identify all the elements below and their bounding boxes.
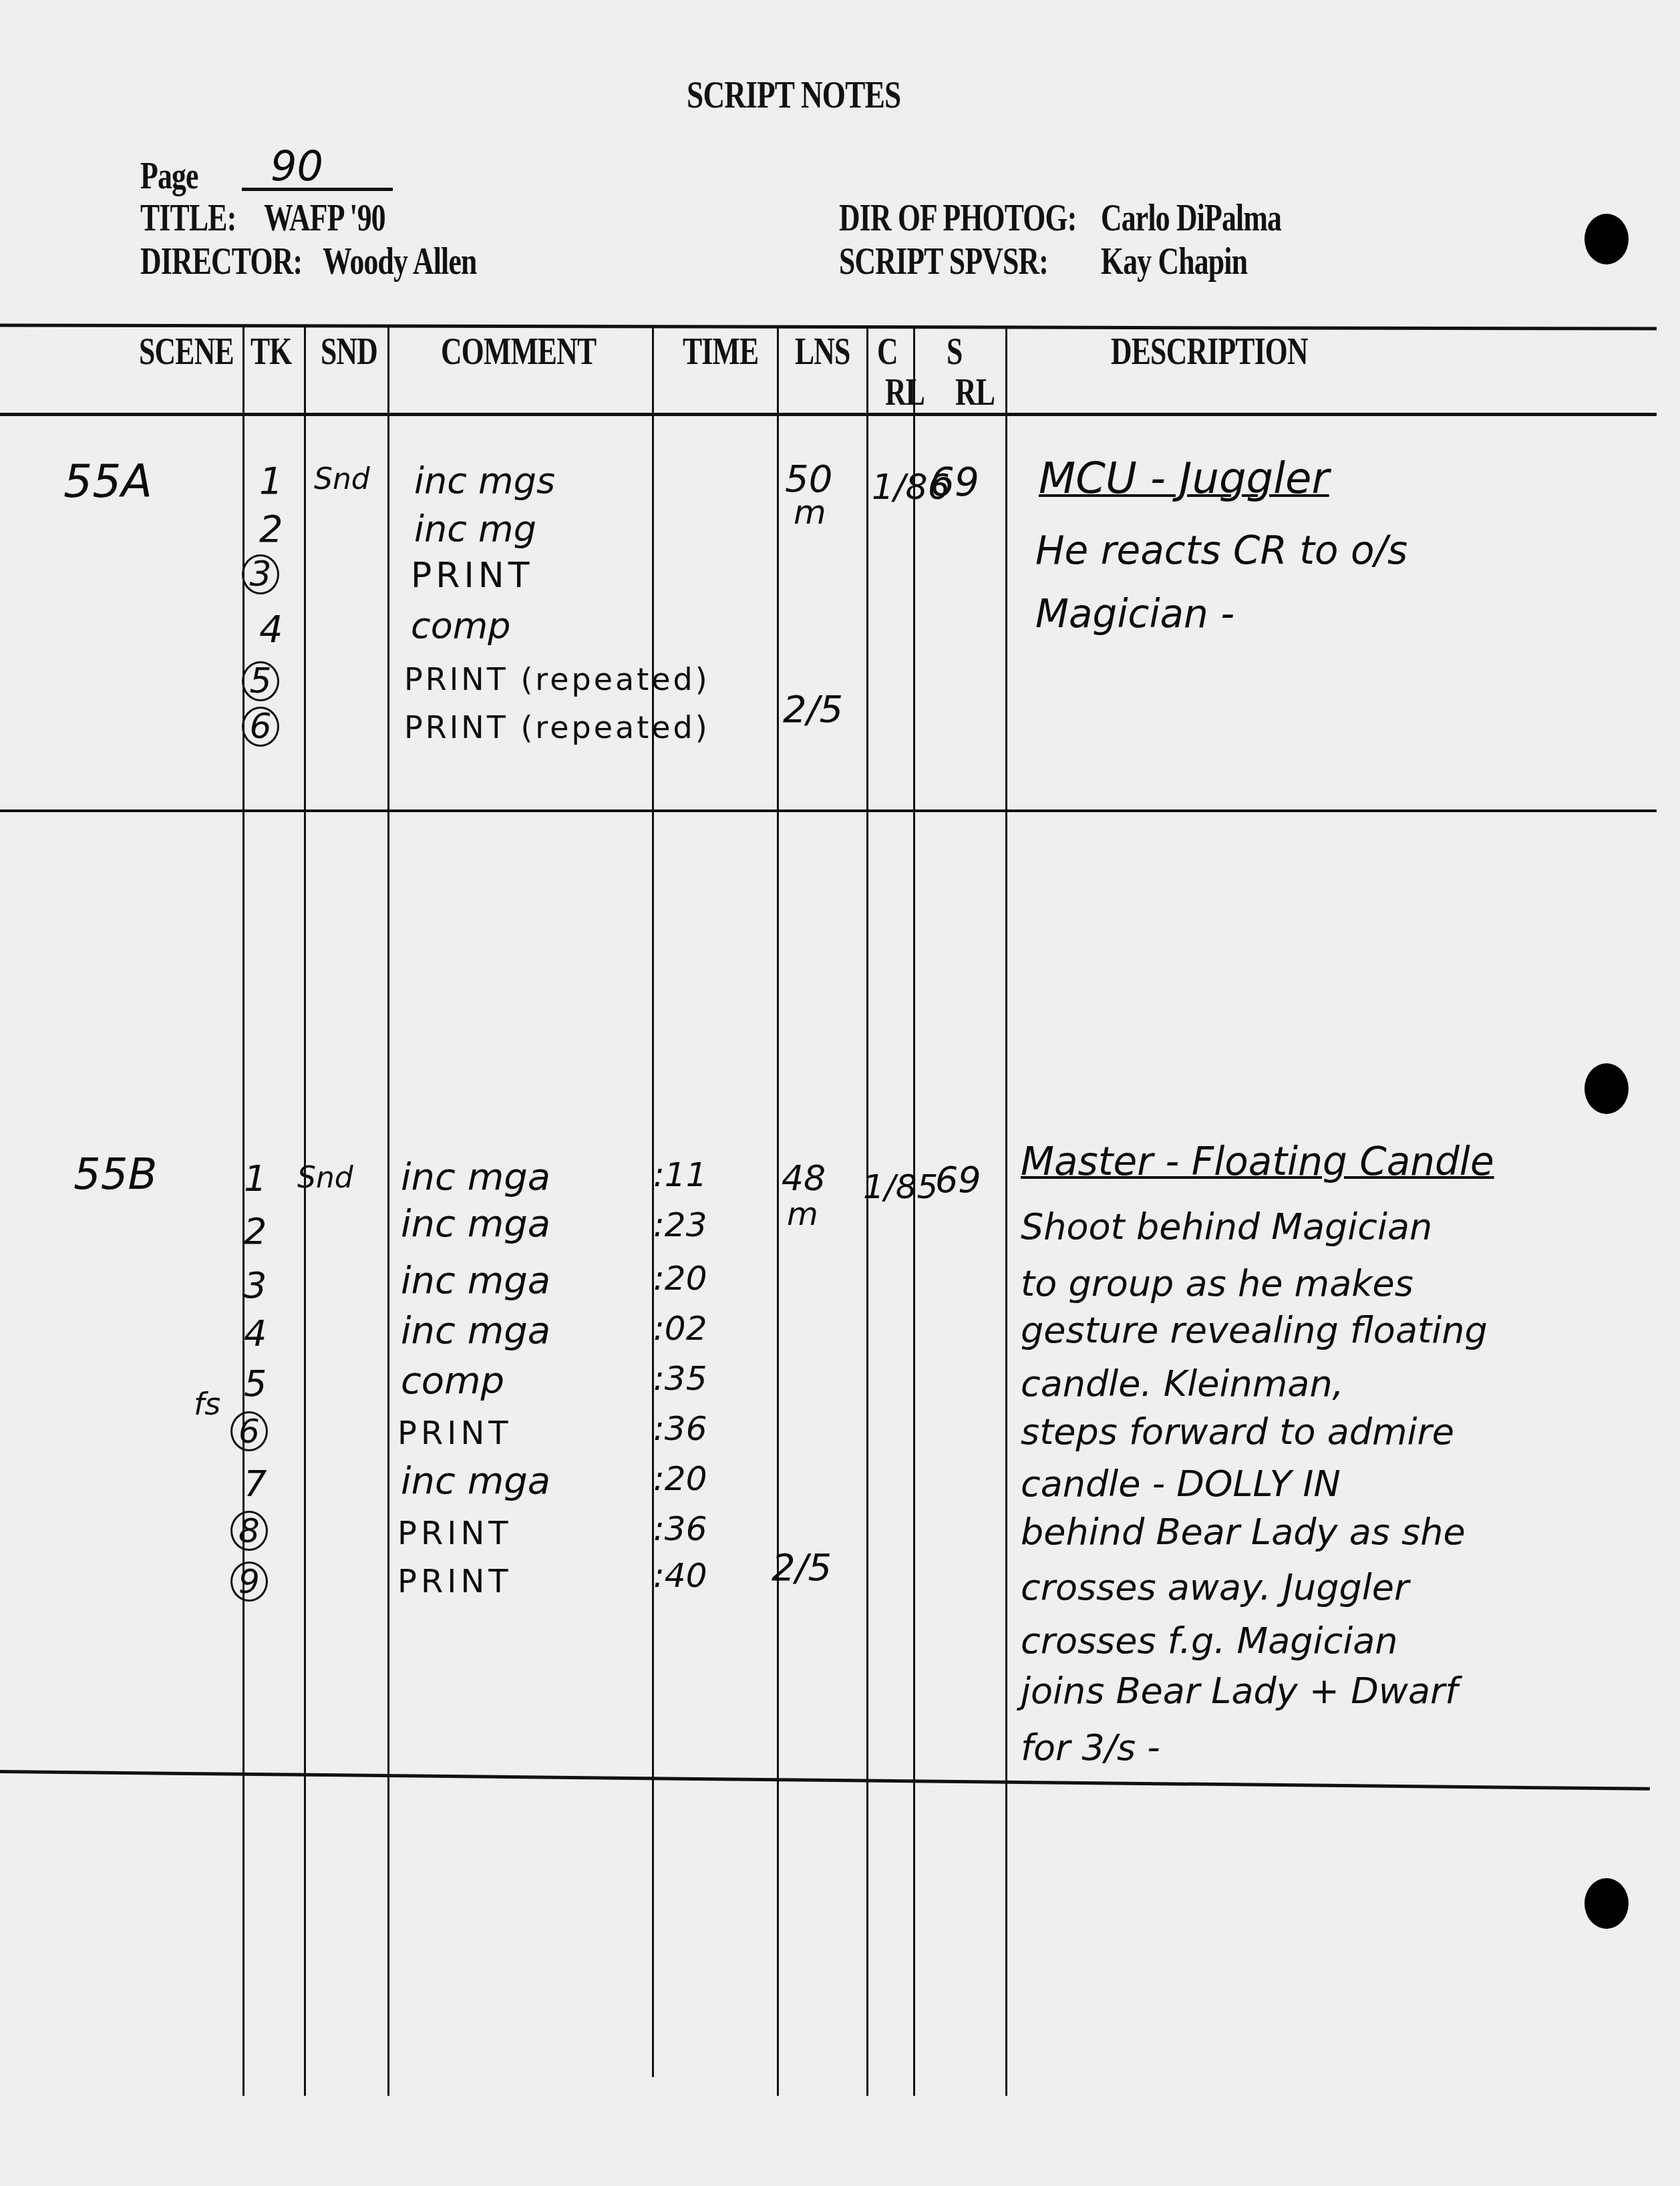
take-comment: inc mga	[401, 1259, 550, 1302]
take-number-circled: 3	[242, 554, 279, 594]
lines-fraction: 2/5	[772, 1546, 832, 1590]
column-divider-tk-snd	[304, 327, 306, 2096]
column-divider-comment-time	[652, 327, 654, 2077]
take-number: 7	[244, 1463, 267, 1505]
description-line: steps forward to admire	[1021, 1411, 1454, 1453]
lines-unit: m	[794, 493, 826, 532]
take-number-circled: 8	[230, 1511, 268, 1551]
column-divider-snd-comment	[387, 327, 389, 2096]
take-comment: inc mga	[401, 1202, 550, 1246]
take-number: 2	[244, 1210, 267, 1252]
description-line: crosses f.g. Magician	[1021, 1620, 1398, 1662]
take-time: :02	[653, 1309, 707, 1348]
take-number-circled: 9	[230, 1562, 268, 1602]
column-divider-srl-description	[1005, 327, 1007, 2096]
take-comment: inc mga	[401, 1309, 550, 1352]
take-comment-print: PRINT	[397, 1563, 512, 1600]
take-comment: inc mga	[401, 1459, 550, 1503]
take-comment-print: PRINT	[397, 1415, 512, 1452]
description-line: Shoot behind Magician	[1021, 1206, 1432, 1248]
description-heading: MCU - Juggler	[1039, 454, 1329, 504]
dop-label: DIR OF PHOTOG:	[839, 197, 1077, 240]
take-comment: comp	[411, 604, 511, 647]
description-line: Magician -	[1035, 591, 1234, 636]
column-header-tk: TK	[250, 331, 292, 373]
scene-55b-bottom-rule	[0, 1770, 1650, 1791]
take-comment-print: PRINT	[411, 556, 534, 596]
lines-count: 48	[782, 1159, 826, 1199]
take-number: 1	[244, 1157, 267, 1200]
description-line: to group as he makes	[1021, 1262, 1413, 1304]
page-number-value: 90	[271, 142, 323, 190]
scene-number: 55A	[63, 456, 152, 508]
column-header-lns: LNS	[795, 331, 850, 373]
header-bottom-rule	[0, 413, 1657, 416]
description-line: for 3/s -	[1021, 1726, 1160, 1769]
take-comment-print: PRINT (repeated)	[404, 661, 710, 697]
scene-number: 55B	[73, 1150, 157, 1200]
description-line: joins Bear Lady + Dwarf	[1021, 1670, 1458, 1712]
camera-roll: 1/85	[863, 1167, 938, 1206]
margin-note: fs	[194, 1386, 220, 1422]
take-comment-print: PRINT (repeated)	[404, 709, 710, 745]
page-label: Page	[140, 155, 198, 198]
supervisor-label: SCRIPT SPVSR:	[839, 240, 1048, 283]
sound-status: Snd	[297, 1161, 353, 1195]
column-header-scene: SCENE	[139, 331, 234, 373]
take-number: 4	[259, 608, 283, 651]
take-time: :20	[653, 1459, 707, 1498]
column-header-snd: SND	[321, 331, 377, 373]
take-time: :23	[653, 1206, 707, 1244]
take-comment: inc mga	[401, 1155, 550, 1199]
description-line: He reacts CR to o/s	[1035, 528, 1407, 573]
binder-hole-bottom	[1584, 1878, 1629, 1929]
column-divider-time-lns	[777, 327, 779, 2096]
take-comment: comp	[401, 1359, 504, 1403]
title-value: WAFP '90	[264, 197, 385, 240]
column-header-description: DESCRIPTION	[1111, 331, 1308, 373]
description-line: crosses away. Juggler	[1021, 1566, 1409, 1608]
sound-status: Snd	[314, 462, 370, 496]
sound-roll: 69	[935, 1159, 981, 1201]
column-header-c-rl-bottom: RL	[885, 371, 925, 414]
director-value: Woody Allen	[323, 240, 477, 283]
take-time: :36	[653, 1409, 707, 1448]
take-number: 3	[244, 1264, 267, 1306]
take-time: :35	[653, 1359, 707, 1398]
table-top-rule	[0, 323, 1657, 330]
description-heading: Master - Floating Candle	[1021, 1139, 1494, 1184]
form-title: SCRIPT NOTES	[687, 72, 900, 117]
title-label: TITLE:	[140, 197, 236, 240]
scene-55a-bottom-rule	[0, 809, 1657, 812]
description-line: candle. Kleinman,	[1021, 1362, 1344, 1405]
column-header-comment: COMMENT	[441, 331, 596, 373]
take-comment: inc mgs	[414, 460, 555, 502]
lines-fraction: 2/5	[783, 688, 843, 731]
take-time: :20	[653, 1259, 707, 1298]
lines-unit: m	[787, 1196, 818, 1233]
binder-hole-middle	[1584, 1063, 1629, 1114]
take-number: 4	[244, 1312, 267, 1354]
take-number-circled: 6	[230, 1411, 268, 1451]
take-comment-print: PRINT	[397, 1515, 512, 1552]
column-divider-crl-srl	[913, 327, 915, 2096]
description-line: candle - DOLLY IN	[1021, 1463, 1341, 1505]
take-number: 2	[259, 508, 283, 551]
sound-roll: 69	[930, 460, 979, 505]
dop-value: Carlo DiPalma	[1101, 197, 1281, 240]
take-time: :40	[653, 1556, 707, 1595]
director-label: DIRECTOR:	[140, 240, 302, 283]
column-header-time: TIME	[683, 331, 758, 373]
supervisor-value: Kay Chapin	[1101, 240, 1247, 283]
take-number-circled: 6	[242, 707, 279, 747]
take-number: 1	[259, 460, 283, 503]
column-header-c-rl-top: C	[877, 331, 898, 373]
take-time: :11	[653, 1155, 707, 1194]
take-number: 5	[244, 1362, 267, 1405]
take-comment: inc mg	[414, 508, 536, 550]
column-header-s-rl-top: S	[947, 331, 963, 373]
take-time: :36	[653, 1509, 707, 1548]
take-number-circled: 5	[242, 661, 279, 701]
binder-hole-top	[1584, 214, 1629, 264]
description-line: behind Bear Lady as she	[1021, 1511, 1466, 1553]
column-divider-lns-crl	[866, 327, 868, 2096]
description-line: gesture revealing floating	[1021, 1309, 1488, 1351]
column-header-s-rl-bottom: RL	[955, 371, 995, 414]
